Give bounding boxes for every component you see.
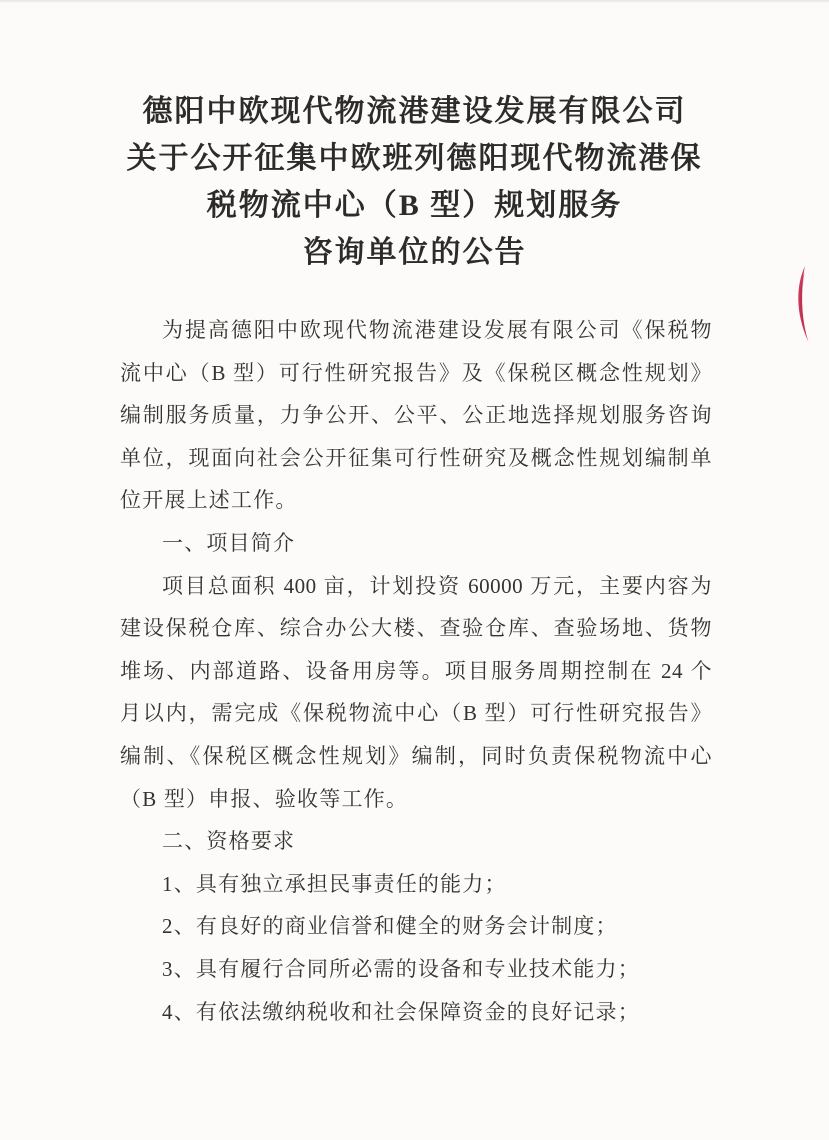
text-line: 为提高德阳中欧现代物流港建设发展有限公司《保税物 bbox=[120, 309, 712, 352]
text-line: 1、具有独立承担民事责任的能力； bbox=[120, 863, 712, 906]
document-title-line: 德阳中欧现代物流港建设发展有限公司 bbox=[60, 88, 769, 135]
requirement-item: 3、具有履行合同所必需的设备和专业技术能力； bbox=[120, 948, 712, 991]
section-heading: 二、资格要求 bbox=[120, 820, 712, 863]
text-line: 建设保税仓库、综合办公大楼、查验仓库、查验场地、货物 bbox=[120, 607, 712, 650]
text-line: 一、项目简介 bbox=[120, 522, 712, 565]
section-heading: 一、项目简介 bbox=[120, 522, 712, 565]
text-line: （B 型）申报、验收等工作。 bbox=[120, 778, 712, 821]
body-paragraph: 为提高德阳中欧现代物流港建设发展有限公司《保税物流中心（B 型）可行性研究报告》… bbox=[120, 309, 712, 522]
scanned-announcement-page: 德阳中欧现代物流港建设发展有限公司关于公开征集中欧班列德阳现代物流港保税物流中心… bbox=[0, 0, 829, 1140]
text-line: 流中心（B 型）可行性研究报告》及《保税区概念性规划》 bbox=[120, 352, 712, 395]
text-line: 3、具有履行合同所必需的设备和专业技术能力； bbox=[120, 948, 712, 991]
text-line: 4、有依法缴纳税收和社会保障资金的良好记录； bbox=[120, 991, 712, 1034]
document-body: 为提高德阳中欧现代物流港建设发展有限公司《保税物流中心（B 型）可行性研究报告》… bbox=[120, 309, 712, 1033]
document-title-line: 关于公开征集中欧班列德阳现代物流港保 bbox=[60, 135, 769, 182]
body-paragraph: 项目总面积 400 亩，计划投资 60000 万元，主要内容为建设保税仓库、综合… bbox=[120, 565, 712, 821]
text-line: 项目总面积 400 亩，计划投资 60000 万元，主要内容为 bbox=[120, 565, 712, 608]
text-line: 2、有良好的商业信誉和健全的财务会计制度； bbox=[120, 905, 712, 948]
document-title: 德阳中欧现代物流港建设发展有限公司关于公开征集中欧班列德阳现代物流港保税物流中心… bbox=[60, 88, 769, 276]
red-ink-mark bbox=[790, 262, 814, 346]
document-title-line: 咨询单位的公告 bbox=[60, 229, 769, 276]
requirement-item: 1、具有独立承担民事责任的能力； bbox=[120, 863, 712, 906]
text-line: 编制服务质量，力争公开、公平、公正地选择规划服务咨询 bbox=[120, 394, 712, 437]
text-line: 堆场、内部道路、设备用房等。项目服务周期控制在 24 个 bbox=[120, 650, 712, 693]
document-title-line: 税物流中心（B 型）规划服务 bbox=[60, 182, 769, 229]
text-line: 位开展上述工作。 bbox=[120, 479, 712, 522]
requirement-item: 4、有依法缴纳税收和社会保障资金的良好记录； bbox=[120, 991, 712, 1034]
text-line: 单位，现面向社会公开征集可行性研究及概念性规划编制单 bbox=[120, 437, 712, 480]
text-line: 月以内，需完成《保税物流中心（B 型）可行性研究报告》 bbox=[120, 692, 712, 735]
text-line: 编制、《保税区概念性规划》编制，同时负责保税物流中心 bbox=[120, 735, 712, 778]
requirement-item: 2、有良好的商业信誉和健全的财务会计制度； bbox=[120, 905, 712, 948]
text-line: 二、资格要求 bbox=[120, 820, 712, 863]
